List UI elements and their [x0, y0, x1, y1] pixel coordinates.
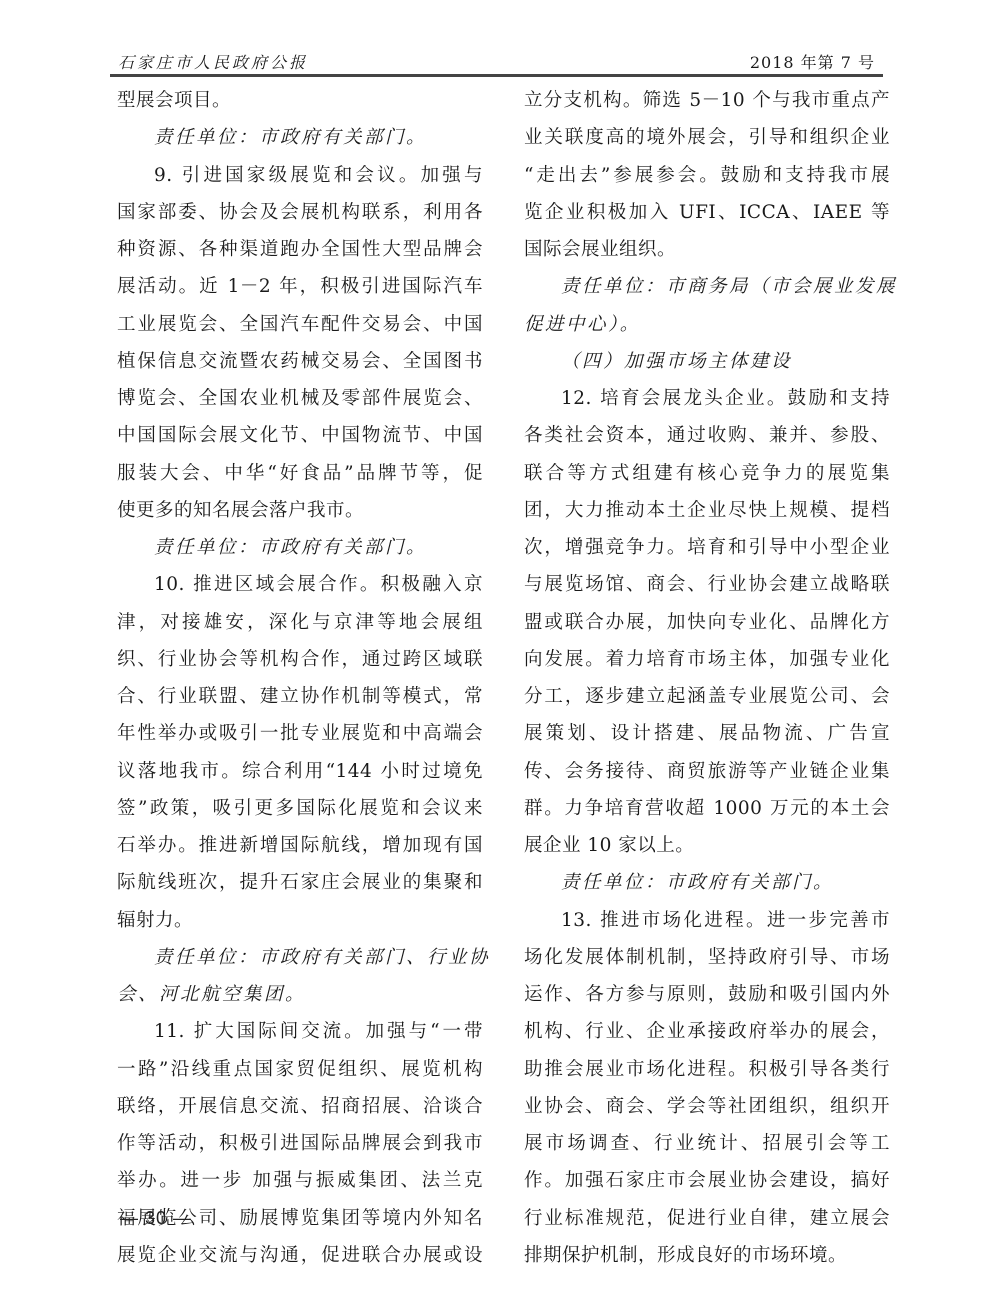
text-line: 展览企业交流与沟通，促进联合办展或设	[117, 1237, 483, 1274]
text-line: 博览会、全国农业机械及零部件展览会、	[117, 380, 483, 417]
text-line: 辐射力。	[117, 902, 483, 939]
section-heading: （四）加强市场主体建设	[524, 343, 890, 380]
text-line: 展市场调查、行业统计、招展引会等工	[524, 1125, 890, 1162]
text-line: 行业标准规范，促进行业自律，建立展会	[524, 1200, 890, 1237]
text-line: 群。力争培育营收超 1000 万元的本土会	[524, 790, 890, 827]
left-text-column: 型展会项目。责任单位：市政府有关部门。9. 引进国家级展览和会议。加强与国家部委…	[117, 82, 483, 1274]
text-line: 国际会展业组织。	[524, 231, 890, 268]
text-line: 植保信息交流暨农药械交易会、全国图书	[117, 343, 483, 380]
text-line: 10. 推进区域会展合作。积极融入京	[117, 566, 483, 603]
text-line: 年性举办或吸引一批专业展览和中高端会	[117, 715, 483, 752]
text-line: 合、行业联盟、建立协作机制等模式，常	[117, 678, 483, 715]
text-line: 次，增强竞争力。培育和引导中小型企业	[524, 529, 890, 566]
text-line: 业协会、商会、学会等社团组织，组织开	[524, 1088, 890, 1125]
text-line: 助推会展业市场化进程。积极引导各类行	[524, 1051, 890, 1088]
text-line: 联合等方式组建有核心竞争力的展览集	[524, 455, 890, 492]
right-text-column: 立分支机构。筛选 5－10 个与我市重点产业关联度高的境外展会，引导和组织企业“…	[524, 82, 890, 1274]
text-line: 展策划、设计搭建、展品物流、广告宣	[524, 715, 890, 752]
responsible-unit-line: 责任单位：市政府有关部门。	[117, 529, 483, 566]
text-line: 分工，逐步建立起涵盖专业展览公司、会	[524, 678, 890, 715]
text-line: 举办。进一步 加强与振威集团、法兰克	[117, 1162, 483, 1199]
text-line: 石举办。推进新增国际航线，增加现有国	[117, 827, 483, 864]
text-line: 中国国际会展文化节、中国物流节、中国	[117, 417, 483, 454]
responsible-unit-line: 责任单位：市政府有关部门、行业协	[117, 939, 483, 976]
text-line: 津，对接雄安，深化与京津等地会展组	[117, 604, 483, 641]
text-line: 立分支机构。筛选 5－10 个与我市重点产	[524, 82, 890, 119]
text-line: 览企业积极加入 UFI、ICCA、IAEE 等	[524, 194, 890, 231]
responsible-unit-line: 促进中心）。	[524, 306, 890, 343]
responsible-unit-line: 责任单位：市政府有关部门。	[117, 119, 483, 156]
text-line: 机构、行业、企业承接政府举办的展会，	[524, 1013, 890, 1050]
header-rule	[110, 74, 883, 77]
text-line: 运作、各方参与原则，鼓励和吸引国内外	[524, 976, 890, 1013]
text-line: 作。加强石家庄市会展业协会建设，搞好	[524, 1162, 890, 1199]
text-line: 使更多的知名展会落户我市。	[117, 492, 483, 529]
text-line: 展活动。近 1－2 年，积极引进国际汽车	[117, 268, 483, 305]
text-line: 与展览场馆、商会、行业协会建立战略联	[524, 566, 890, 603]
text-line: 各类社会资本，通过收购、兼并、参股、	[524, 417, 890, 454]
text-line: 工业展览会、全国汽车配件交易会、中国	[117, 306, 483, 343]
text-line: 服装大会、中华“好食品”品牌节等，促	[117, 455, 483, 492]
text-line: 国家部委、协会及会展机构联系，利用各	[117, 194, 483, 231]
text-line: 场化发展体制机制，坚持政府引导、市场	[524, 939, 890, 976]
text-line: 向发展。着力培育市场主体，加强专业化	[524, 641, 890, 678]
responsible-unit-line: 会、河北航空集团。	[117, 976, 483, 1013]
text-line: 团，大力推动本土企业尽快上规模、提档	[524, 492, 890, 529]
text-line: 作等活动，积极引进国际品牌展会到我市	[117, 1125, 483, 1162]
page-number: — 30 —	[120, 1208, 192, 1229]
text-line: 展企业 10 家以上。	[524, 827, 890, 864]
responsible-unit-line: 责任单位：市政府有关部门。	[524, 864, 890, 901]
text-line: 织、行业协会等机构合作，通过跨区域联	[117, 641, 483, 678]
text-line: 一路”沿线重点国家贸促组织、展览机构	[117, 1051, 483, 1088]
publication-title: 石家庄市人民政府公报	[118, 50, 308, 73]
text-line: 13. 推进市场化进程。进一步完善市	[524, 902, 890, 939]
text-line: 际航线班次，提升石家庄会展业的集聚和	[117, 864, 483, 901]
text-line: 12. 培育会展龙头企业。鼓励和支持	[524, 380, 890, 417]
text-line: “走出去”参展参会。鼓励和支持我市展	[524, 157, 890, 194]
text-line: 传、会务接待、商贸旅游等产业链企业集	[524, 753, 890, 790]
issue-number: 2018 年第 7 号	[750, 50, 875, 73]
text-line: 11. 扩大国际间交流。加强与“一带	[117, 1013, 483, 1050]
text-line: 9. 引进国家级展览和会议。加强与	[117, 157, 483, 194]
text-line: 议落地我市。综合利用“144 小时过境免	[117, 753, 483, 790]
text-line: 业关联度高的境外展会，引导和组织企业	[524, 119, 890, 156]
text-line: 盟或联合办展，加快向专业化、品牌化方	[524, 604, 890, 641]
text-line: 签”政策，吸引更多国际化展览和会议来	[117, 790, 483, 827]
text-line: 种资源、各种渠道跑办全国性大型品牌会	[117, 231, 483, 268]
responsible-unit-line: 责任单位：市商务局（市会展业发展	[524, 268, 890, 305]
text-line: 型展会项目。	[117, 82, 483, 119]
text-line: 排期保护机制，形成良好的市场环境。	[524, 1237, 890, 1274]
running-header: 石家庄市人民政府公报 2018 年第 7 号	[110, 50, 883, 76]
text-line: 联络，开展信息交流、招商招展、洽谈合	[117, 1088, 483, 1125]
